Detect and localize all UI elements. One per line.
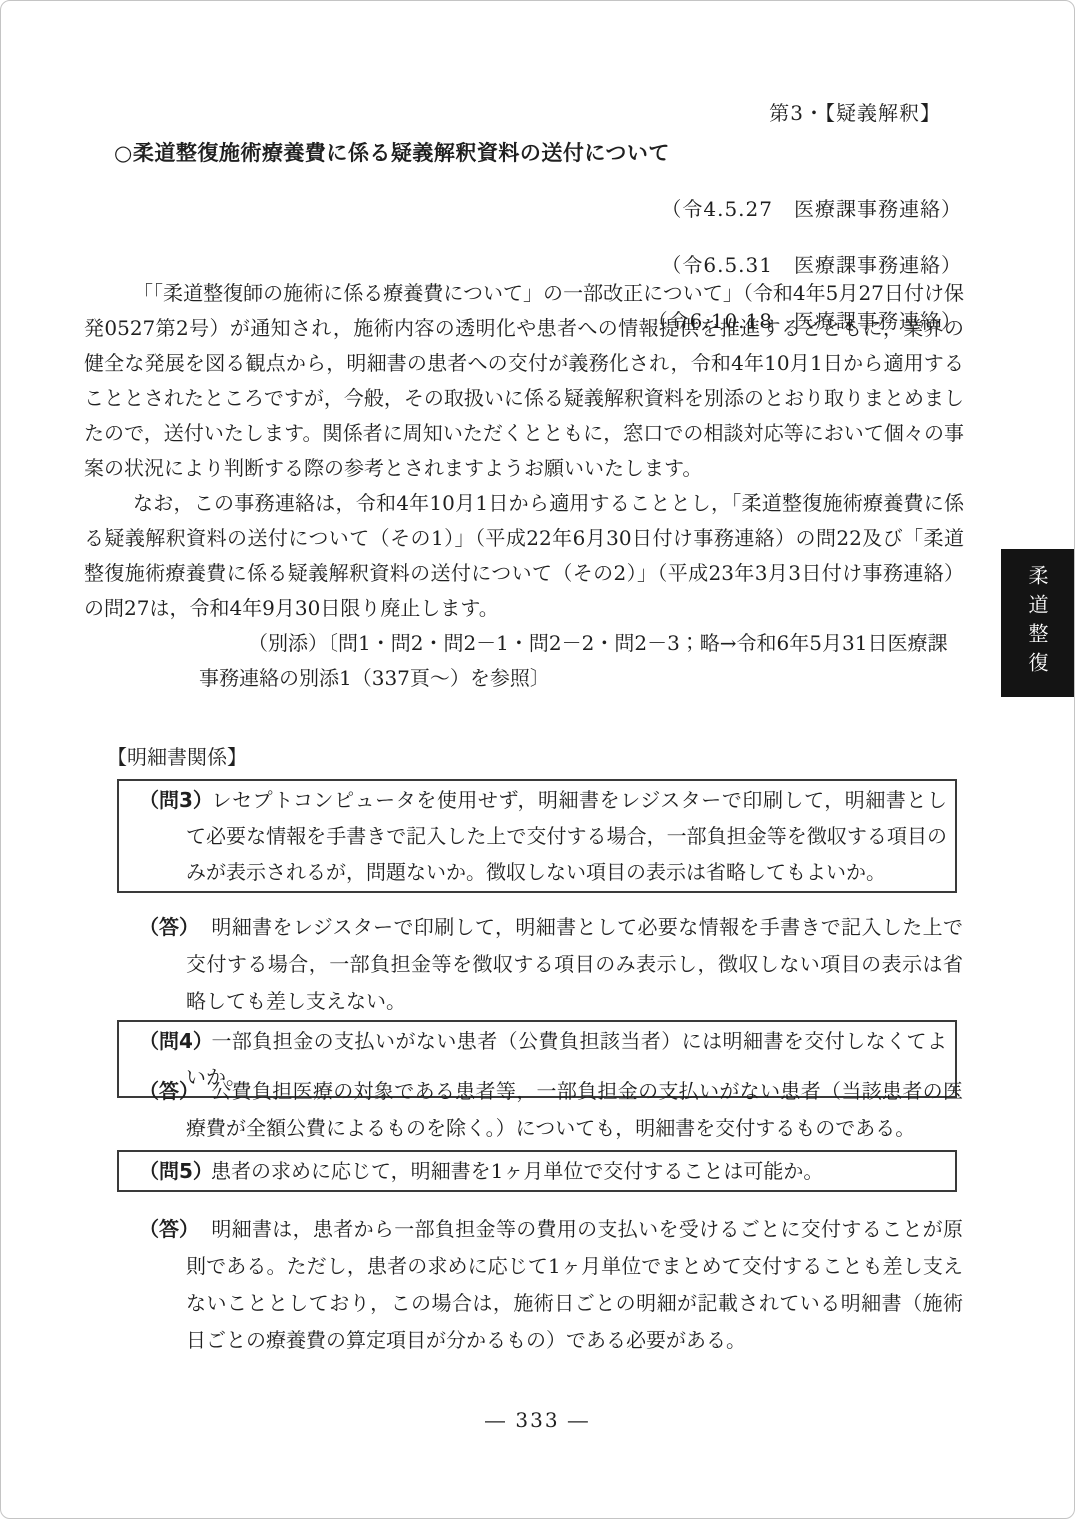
question-label: （問4） bbox=[139, 1023, 211, 1059]
answer-text: 明細書をレジスターで印刷して，明細書として必要な情報を手書きで記入した上で交付す… bbox=[186, 915, 963, 1013]
question-label: （問3） bbox=[139, 782, 211, 818]
attachment-note: （別添）〔問1・問2・問2－1・問2－2・問2－3；略→令和6年5月31日医療課… bbox=[84, 626, 964, 696]
body-paragraph: なお，この事務連絡は，令和4年10月1日から適用することとし，「柔道整復施術療養… bbox=[84, 486, 964, 626]
answer-text: 公費負担医療の対象である患者等，一部負担金の支払いがない患者（当該患者の医療費が… bbox=[186, 1079, 963, 1140]
body-paragraph: 「「柔道整復師の施術に係る療養費について」の一部改正について」（令和4年5月27… bbox=[84, 276, 964, 486]
question-label: （問5） bbox=[139, 1153, 211, 1189]
page-number: ― 333 ― bbox=[1, 1408, 1074, 1432]
body-text: 「「柔道整復師の施術に係る療養費について」の一部改正について」（令和4年5月27… bbox=[84, 276, 964, 696]
side-tab-judo-seifuku: 柔道整復 bbox=[1001, 549, 1074, 697]
answer-text: 明細書は，患者から一部負担金等の費用の支払いを受けるごとに交付することが原則であ… bbox=[186, 1217, 963, 1352]
doc-title: ○柔道整復施術療養費に係る疑義解釈資料の送付について bbox=[114, 137, 670, 167]
answer-label: （答） bbox=[139, 1211, 211, 1248]
answer-block: （答）明細書をレジスターで印刷して，明細書として必要な情報を手書きで記入した上で… bbox=[117, 909, 963, 1020]
question-text: レセプトコンピュータを使用せず，明細書をレジスターで印刷して，明細書として必要な… bbox=[186, 788, 947, 884]
page-header: 第3・【疑義解釈】 bbox=[769, 97, 941, 126]
answer-block: （答）明細書は，患者から一部負担金等の費用の支払いを受けるごとに交付することが原… bbox=[117, 1211, 963, 1359]
answer-label: （答） bbox=[139, 1073, 211, 1110]
question-box: （問3）レセプトコンピュータを使用せず，明細書をレジスターで印刷して，明細書とし… bbox=[117, 779, 957, 893]
section-heading: 【明細書関係】 bbox=[107, 741, 247, 770]
question-box: （問5）患者の求めに応じて，明細書を1ヶ月単位で交付することは可能か。 bbox=[117, 1150, 957, 1192]
date-note: （令4.5.27 医療課事務連絡） bbox=[648, 181, 962, 237]
answer-label: （答） bbox=[139, 909, 211, 946]
answer-block: （答）公費負担医療の対象である患者等，一部負担金の支払いがない患者（当該患者の医… bbox=[117, 1073, 963, 1147]
question-text: 患者の求めに応じて，明細書を1ヶ月単位で交付することは可能か。 bbox=[211, 1159, 823, 1183]
document-page: 第3・【疑義解釈】 ○柔道整復施術療養費に係る疑義解釈資料の送付について （令4… bbox=[0, 0, 1075, 1519]
